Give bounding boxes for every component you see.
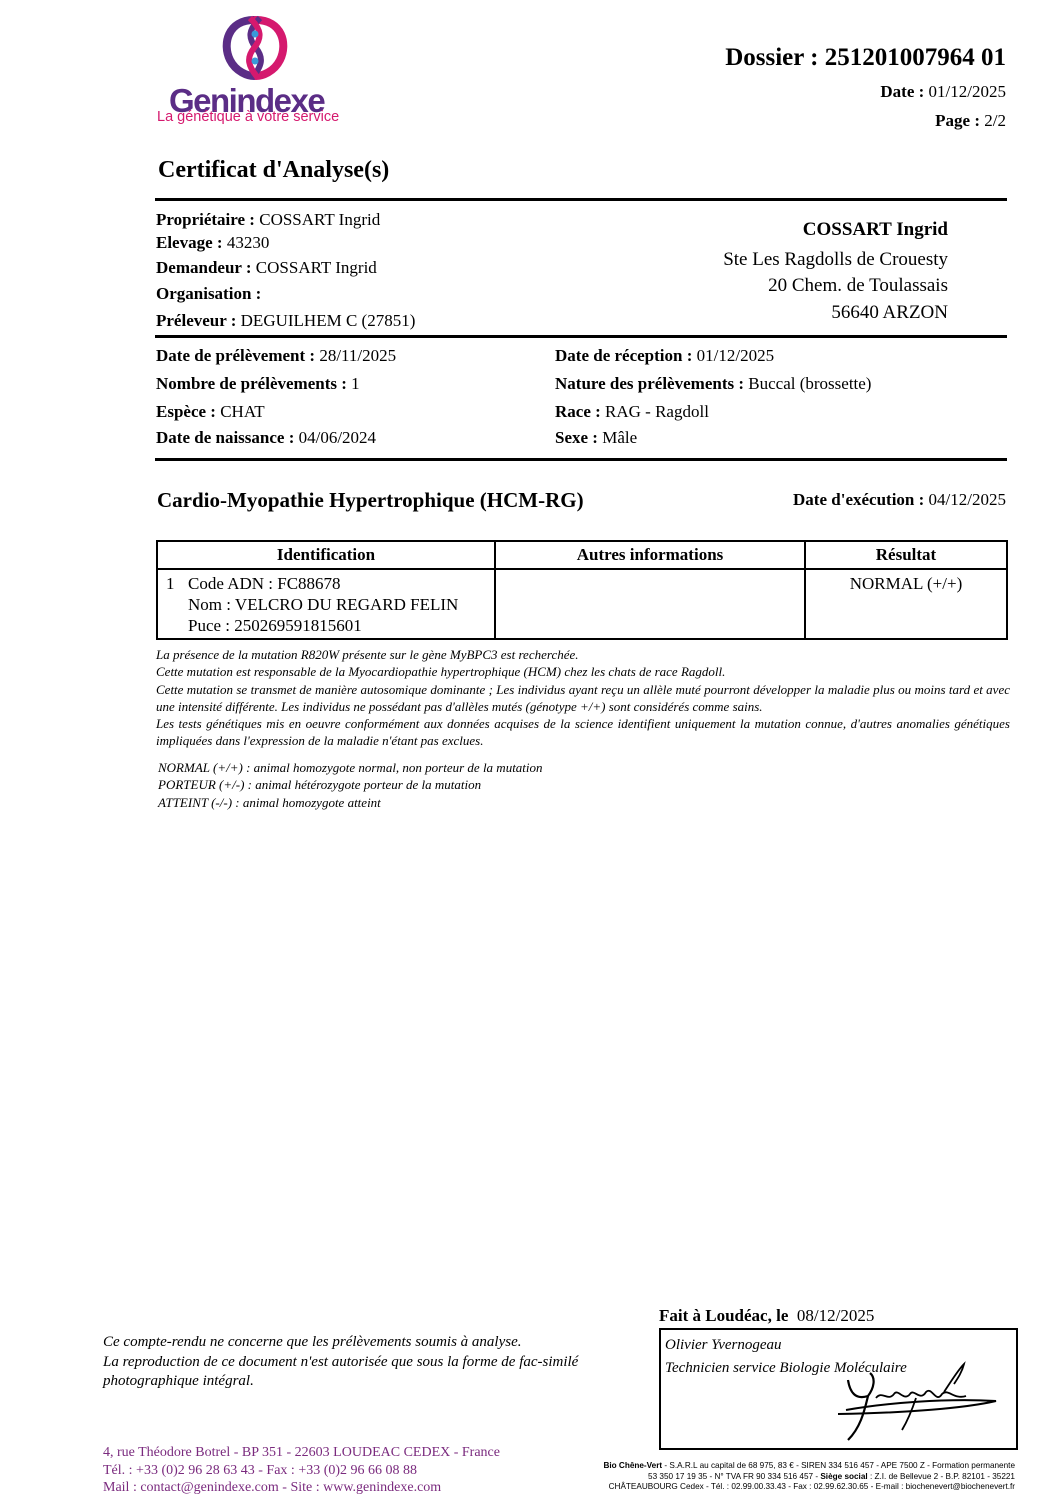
signature-box: Olivier Yvernogeau Technicien service Bi… [659, 1328, 1018, 1450]
legend-atteint: ATTEINT (-/-) : animal homozygote attein… [158, 794, 543, 811]
note-line: Les tests génétiques mis en oeuvre confo… [156, 715, 1010, 750]
note-line: Cette mutation se transmet de manière au… [156, 681, 1010, 716]
result-cell: NORMAL (+/+) [805, 569, 1007, 639]
address-line3: 56640 ARZON [831, 302, 948, 324]
legal-notice: Bio Chêne-Vert - S.A.R.L au capital de 6… [603, 1461, 1015, 1493]
note-line: La présence de la mutation R820W présent… [156, 646, 1010, 663]
header-date: Date : 01/12/2025 [880, 82, 1006, 102]
lab-contact: 4, rue Théodore Botrel - BP 351 - 22603 … [103, 1444, 500, 1497]
note-line: Cette mutation est responsable de la Myo… [156, 663, 1010, 680]
row-number: 1 [166, 573, 188, 636]
contact-mail-site: Mail : contact@genindexe.com - Site : ww… [103, 1479, 500, 1497]
genindexe-logo: Genindexe La génétique à votre service [155, 14, 355, 129]
animal-name: Nom : VELCRO DU REGARD FELIN [188, 594, 458, 615]
dossier-label: Dossier : [725, 44, 818, 71]
page-value: 2/2 [984, 111, 1006, 130]
field-organisation: Organisation : [156, 284, 261, 304]
execution-date: Date d'exécution : 04/12/2025 [793, 490, 1006, 510]
address-line2: 20 Chem. de Toulassais [768, 275, 948, 297]
field-date-prelevement: Date de prélèvement : 28/11/2025 [156, 346, 396, 366]
address-name: COSSART Ingrid [803, 219, 948, 241]
field-nombre-prelevements: Nombre de prélèvements : 1 [156, 374, 360, 394]
field-elevage: Elevage : 43230 [156, 233, 269, 253]
signatory-name: Olivier Yvernogeau [665, 1337, 782, 1354]
chip-number: Puce : 250269591815601 [188, 615, 458, 636]
field-date-reception: Date de réception : 01/12/2025 [555, 346, 774, 366]
legend-porteur: PORTEUR (+/-) : animal hétérozygote port… [158, 776, 543, 793]
genotype-legend: NORMAL (+/+) : animal homozygote normal,… [158, 759, 543, 811]
signed-at: Fait à Loudéac, le 08/12/2025 [659, 1306, 874, 1326]
certificate-title: Certificat d'Analyse(s) [158, 157, 389, 184]
header-identification: Identification [157, 541, 495, 569]
date-label: Date : [880, 82, 924, 101]
other-info-cell [495, 569, 805, 639]
table-header-row: Identification Autres informations Résul… [157, 541, 1007, 569]
results-table: Identification Autres informations Résul… [156, 540, 1008, 640]
field-proprietaire: Propriétaire : COSSART Ingrid [156, 210, 380, 230]
test-title: Cardio-Myopathie Hypertrophique (HCM-RG) [157, 488, 584, 513]
dna-logo-icon [220, 14, 290, 82]
field-nature-prelevements: Nature des prélèvements : Buccal (brosse… [555, 374, 871, 394]
field-demandeur: Demandeur : COSSART Ingrid [156, 258, 377, 278]
signature-icon [826, 1358, 1006, 1443]
code-adn: Code ADN : FC88678 [188, 573, 458, 594]
divider [155, 458, 1007, 461]
page-label: Page : [935, 111, 980, 130]
table-row: 1 Code ADN : FC88678 Nom : VELCRO DU REG… [157, 569, 1007, 639]
header-page: Page : 2/2 [935, 111, 1006, 131]
disclaimer: Ce compte-rendu ne concerne que les prél… [103, 1333, 578, 1392]
header-autres-informations: Autres informations [495, 541, 805, 569]
contact-phone: Tél. : +33 (0)2 96 28 63 43 - Fax : +33 … [103, 1462, 500, 1480]
header-resultat: Résultat [805, 541, 1007, 569]
dossier-number: Dossier : 251201007964 01 [725, 44, 1006, 72]
identification-cell: 1 Code ADN : FC88678 Nom : VELCRO DU REG… [157, 569, 495, 639]
field-espece: Espèce : CHAT [156, 402, 265, 422]
dossier-value: 251201007964 01 [825, 44, 1006, 71]
field-preleveur: Préleveur : DEGUILHEM C (27851) [156, 311, 415, 331]
date-value: 01/12/2025 [929, 82, 1006, 101]
brand-tagline: La génétique à votre service [157, 109, 339, 125]
divider [155, 198, 1007, 201]
field-date-naissance: Date de naissance : 04/06/2024 [156, 428, 376, 448]
address-line1: Ste Les Ragdolls de Crouesty [723, 249, 948, 271]
field-race: Race : RAG - Ragdoll [555, 402, 709, 422]
field-sexe: Sexe : Mâle [555, 428, 637, 448]
contact-address: 4, rue Théodore Botrel - BP 351 - 22603 … [103, 1444, 500, 1462]
test-notes: La présence de la mutation R820W présent… [156, 646, 1010, 750]
divider [155, 335, 1007, 338]
legend-normal: NORMAL (+/+) : animal homozygote normal,… [158, 759, 543, 776]
